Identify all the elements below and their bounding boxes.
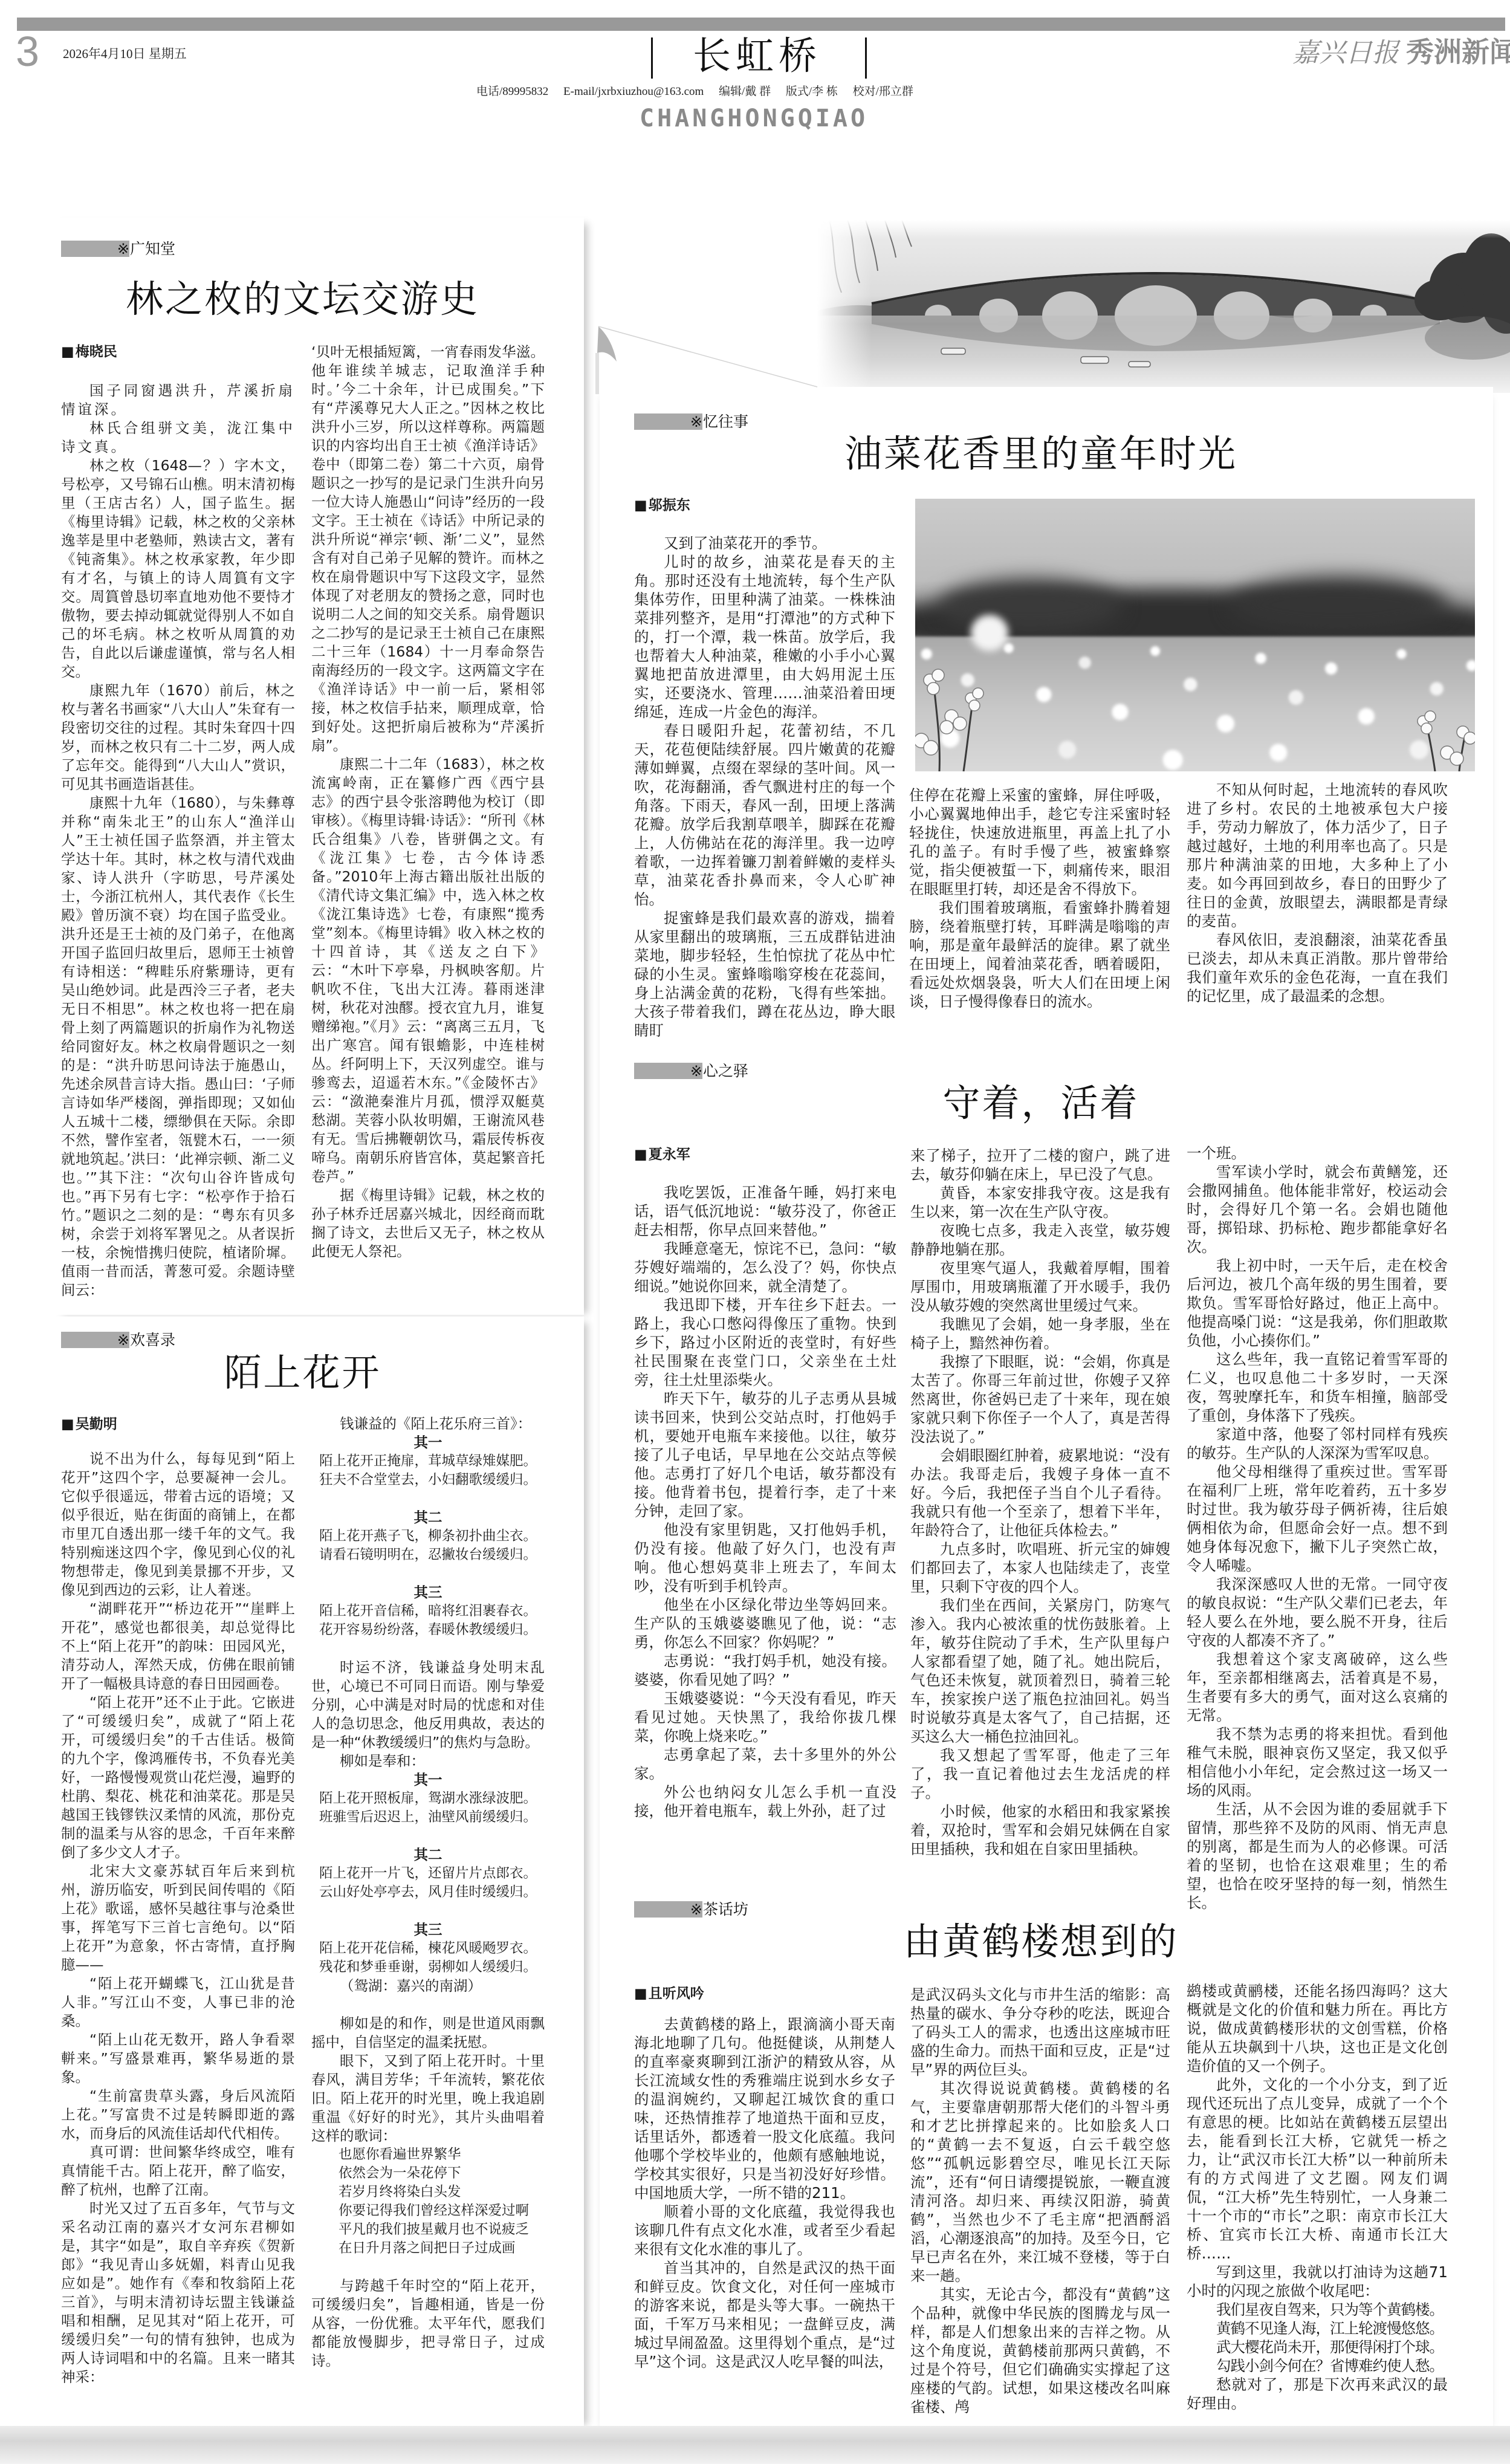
label-box: ※ — [61, 1332, 129, 1348]
paragraph: 与跨越千年时空的“陌上花开，可缓缓归矣”，旨趣相通，皆是一份从容，一份优雅。太平… — [311, 2277, 545, 2370]
paragraph: 来了梯子，拉开了二楼的窗户，跳了进去，敏芬仰躺在床上，早已没了气息。 — [910, 1146, 1170, 1184]
paragraph: 昨天下午，敏芬的儿子志勇从县城读书回来，快到公交站点时，打他妈手机，要她开电瓶车… — [634, 1389, 896, 1520]
paragraph: “陌上花开”还不止于此。它嵌进了“可缓缓归矣”，成就了“陌上花开，可缓缓归矣”的… — [61, 1693, 295, 1862]
paragraph: 柳如是奉和： — [311, 1752, 545, 1771]
paragraph: 时运不济，钱谦益身处明末乱世，心境已不可同日而语。刚与挚爱分别，心中满是对时局的… — [311, 1658, 545, 1752]
text-column: 不知从何时起，土地流转的春风吹进了乡村。农民的土地被承包大户接手，劳动力解放了，… — [1187, 780, 1448, 1005]
header-bar — [17, 18, 1505, 31]
author-byline: ■夏永军 — [634, 1147, 690, 1162]
flower-petals — [915, 669, 1475, 765]
paragraph: 其一 — [311, 1771, 545, 1789]
paragraph: 康熙二十二年（1683），林之枚流寓岭南，正在纂修广西《西宁县志》的西宁县令张溶… — [311, 755, 545, 1186]
page-number: 3 — [16, 30, 39, 73]
paragraph — [311, 1996, 545, 2014]
paragraph: 会娟眼圈红肿着，疲累地说：“没有办法。我哥走后，我嫂子身体一直不好。今后，我把侄… — [910, 1446, 1170, 1540]
paragraph: 我们星夜自驾来，只为等个黄鹤楼。 — [1187, 2300, 1448, 2319]
author-byline: ■且听风吟 — [634, 1986, 704, 2002]
paragraph: 我深深感叹人世的无常。一同守夜的敏良叔说：“生产队父辈们已老去，年轻人要么在外地… — [1187, 1575, 1448, 1650]
author-marker-icon: ■ — [634, 1147, 647, 1162]
paragraph: 北宋大文豪苏轼百年后来到杭州，游历临安，听到民间传唱的《陌上花》歌谣，感怀吴越往… — [61, 1862, 295, 1974]
paragraph: 在日升月落之间把日子过成画 — [311, 2239, 545, 2258]
author-marker-icon: ■ — [634, 498, 647, 513]
text-column: 住停在花瓣上采蜜的蜜蜂，屏住呼吸，小心翼翼地伸出手，趁它专注采蜜时轻轻拢住，快速… — [909, 786, 1170, 1011]
paragraph: 也愿你看遍世界繁华 — [311, 2145, 545, 2164]
paragraph: 我上初中时，一天午后，走在校舍后河边，被几个高年级的男生围着，要欺负。雪军哥恰好… — [1187, 1256, 1448, 1350]
newspaper-page: 3 2026年4月10日 星期五 长虹桥 电话/89995832 E-mail/… — [0, 0, 1510, 2464]
paragraph: 其一 — [311, 1433, 545, 1452]
article-title: 林之枚的文坛交游史 — [61, 277, 544, 321]
paragraph: （鸳湖：嘉兴的南湖） — [311, 1977, 545, 1996]
reference-mark-icon: ※ — [690, 1901, 702, 1918]
author-marker-icon: ■ — [634, 1986, 647, 2002]
section-title-pinyin: CHANGHONGQIAO — [640, 105, 868, 132]
layout-designer: 版式/李 栋 — [786, 85, 838, 98]
paragraph: 我们坐在西间，关紧房门，防寒气渗入。我内心被浓重的忧伤鼓胀着。上年，敏芬住院动了… — [910, 1596, 1170, 1746]
paragraph — [311, 1827, 545, 1846]
author-name: 且听风吟 — [649, 1986, 704, 2002]
column-label: ※ 忆往事 — [634, 413, 748, 430]
reference-mark-icon: ※ — [690, 1063, 702, 1080]
column-label-text: 忆往事 — [703, 413, 748, 430]
paragraph: 陌上花开燕子飞，柳条初扑曲尘衣。 — [311, 1527, 545, 1546]
column-label-text: 心之驿 — [703, 1063, 748, 1079]
newspaper-logo: 嘉兴日报 — [1292, 37, 1399, 68]
author-name: 邬振东 — [649, 498, 690, 513]
author-name: 夏永军 — [649, 1147, 690, 1162]
paragraph: “陌上山花无数开，路人争看翠軿来。”写盛景难再，繁华易逝的景象。 — [61, 2031, 295, 2087]
paragraph: 又到了油菜花开的季节。 — [634, 534, 895, 553]
paragraph: 康熙十九年（1680），与朱彝尊并称“南朱北王”的山东人“渔洋山人”王士祯任国子… — [61, 794, 295, 1300]
photo-fade — [817, 220, 1510, 238]
paragraph: 柳如是的和作，则是世道风雨飘摇中，自信坚定的温柔抚慰。 — [311, 2014, 545, 2052]
paragraph: 春风依旧，麦浪翻滚，油菜花香虽已淡去，却从未真正消散。那片曾带给我们童年欢乐的金… — [1187, 930, 1448, 1005]
flower-stems — [933, 680, 1465, 771]
author-byline: ■吴勤明 — [61, 1416, 117, 1432]
paragraph: 陌上花开正掩扉，茸城草绿雉媒肥。 — [311, 1452, 545, 1471]
paragraph: 黄昏，本家安排我守夜。这是我有生以来，第一次在生产队守夜。 — [910, 1184, 1170, 1221]
paragraph: 林氏合组骈文美，泷江集中诗文真。 — [61, 419, 295, 456]
paragraph: 夜里寒气逼人，我戴着厚帽，围着厚围巾，用玻璃瓶灌了开水暖手，我仍没从敏芬嫂的突然… — [910, 1259, 1170, 1315]
paragraph: 愁就对了，那是下次再来武汉的最好理由。 — [1187, 2375, 1448, 2413]
column-label: ※ 广知堂 — [61, 241, 175, 257]
paragraph: 据《梅里诗辑》记载，林之枚的孙子林乔迁居嘉兴城北，因经商而耽搁了诗文，去世后又无… — [311, 1186, 545, 1261]
paragraph: 我想着这个家支离破碎，这么些年，至亲都相继离去，活着真是不易，生者要有多大的勇气… — [1187, 1650, 1448, 1725]
column-label-text: 茶话坊 — [703, 1901, 748, 1918]
paragraph: 他没有家里钥匙，又打他妈手机，仍没有接。他敲了好久门，也没有声响。他心想妈莫非上… — [634, 1520, 896, 1595]
boats — [941, 348, 1150, 367]
bridge-illustration — [817, 220, 1510, 393]
paragraph: 生活，从不会因为谁的委屈就手下留情，那些猝不及防的风雨、悄无声息的别离，都是生而… — [1187, 1800, 1448, 1912]
paragraph: 真可谓：世间繁华终成空，唯有真情能千古。陌上花开，醉了临安，醉了杭州，也醉了江南… — [61, 2143, 295, 2199]
paragraph: 班骓雪后迟迟上，油壁风前缓缓归。 — [311, 1808, 545, 1827]
paragraph: 他父母相继得了重疾过世。雪军哥在福利厂上班，常年吃着药，五十多岁时过世。我为敏芬… — [1187, 1462, 1448, 1575]
paragraph: 我吃罢饭，正准备午睡，妈打来电话，语气低沉地说：“敏芬没了，你爸正赶去相帮，你早… — [634, 1183, 896, 1239]
text-column: ‘贝叶无根插短篱，一宵春雨发华滋。他年谁续羊城志，记取渔洋手种时。’今二十余年，… — [311, 343, 545, 1261]
paragraph: 去黄鹤楼的路上，跟滴滴小哥天南海北地聊了几句。他挺健谈，从荆楚人的直率豪爽聊到江… — [634, 2015, 895, 2202]
label-box: ※ — [634, 413, 702, 430]
contact-line: 电话/89995832 E-mail/jxrbxiuzhou@163.com 编… — [476, 85, 925, 99]
reference-mark-icon: ※ — [690, 413, 702, 430]
author-marker-icon: ■ — [61, 1416, 74, 1432]
paragraph: 捉蜜蜂是我们最欢喜的游戏，揣着从家里翻出的玻璃瓶，三五成群钻进油菜地，脚步轻轻，… — [634, 909, 895, 1040]
article-title: 守着，活着 — [634, 1081, 1448, 1125]
paragraph: 其二 — [311, 1508, 545, 1527]
paragraph: 花开容易纷纷落，春暖休教缓缓归。 — [311, 1621, 545, 1639]
author-name: 梅晓民 — [76, 344, 117, 360]
paragraph: 他坐在小区绿化带边坐等妈回来。生产队的玉娥婆婆瞧见了他，说：“志勇，你怎么不回家… — [634, 1595, 896, 1652]
column-label: ※ 心之驿 — [634, 1063, 748, 1079]
paragraph: 其实，无论古今，都没有“黄鹤”这个品种，就像中华民族的图腾龙与凤一样，都是人们想… — [910, 2285, 1170, 2416]
paragraph: 一个班。 — [1187, 1144, 1448, 1162]
rapeseed-photo — [915, 499, 1475, 771]
paragraph: 黄鹤不见逢人海，江上轮渡慢悠悠。 — [1187, 2319, 1448, 2338]
text-column: 鹚楼或黄鹂楼，还能名扬四海吗？这大概就是文化的价值和魅力所在。再比方说，做成黄鹤… — [1187, 1982, 1448, 2413]
section-title: 长虹桥 — [693, 35, 821, 77]
paragraph — [311, 1490, 545, 1508]
paragraph: 武大樱花尚未开，那便得闲打个球。 — [1187, 2338, 1448, 2356]
phone: 电话/89995832 — [476, 85, 548, 98]
reference-mark-icon: ※ — [117, 1332, 129, 1349]
email: E-mail/jxrbxiuzhou@163.com — [563, 85, 704, 98]
paragraph: 春日暖阳升起，花蕾初结，不几天，花苞便陆续舒展。四片嫩黄的花瓣薄如蝉翼，点缀在翠… — [634, 721, 895, 909]
paragraph: 平凡的我们披星戴月也不说疲乏 — [311, 2220, 545, 2239]
paragraph: “陌上花开蝴蝶飞，江山犹是昔人非。”写江山不变，人事已非的沧桑。 — [61, 1974, 295, 2031]
edition-name: 秀洲新闻 — [1406, 36, 1510, 68]
paragraph — [311, 1902, 545, 1921]
paragraph: 鹚楼或黄鹂楼，还能名扬四海吗？这大概就是文化的价值和魅力所在。再比方说，做成黄鹤… — [1187, 1982, 1448, 2075]
paragraph: 小时候，他家的水稻田和我家紧挨着，双抢时，雪军和会娟兄妹俩在自家田里插秧，我和姐… — [910, 1802, 1170, 1858]
text-column: 国子同窗遇洪升，芹溪折扇情谊深。林氏合组骈文美，泷江集中诗文真。林之枚（1648… — [61, 381, 295, 1300]
paragraph: 眼下，又到了陌上花开时。十里春风，满目芳华；千年流转，繁花依旧。陌上花开的时光里… — [311, 2052, 545, 2145]
paragraph: 玉娥婆婆说：“今天没有看见，昨天看见过她。天快黑了，我给你拔几棵菜，你晚上烧来吃… — [634, 1689, 896, 1745]
paragraph — [311, 2258, 545, 2277]
label-box: ※ — [634, 1901, 702, 1918]
paragraph: 说不出为什么，每每见到“陌上花开”这四个字，总要凝神一会儿。它似乎很遥远，带着古… — [61, 1450, 295, 1600]
paragraph: 不知从何时起，土地流转的春风吹进了乡村。农民的土地被承包大户接手，劳动力解放了，… — [1187, 780, 1448, 930]
paragraph: 志勇说：“我打妈手机，她没有接。婆婆，你看见她了吗？” — [634, 1652, 896, 1689]
column-label-text: 广知堂 — [130, 241, 175, 257]
paragraph: 云山好处亭亭去，风月佳时缓缓归。 — [311, 1883, 545, 1902]
paragraph: “生前富贵草头露，身后风流陌上花。”写富贵不过是转瞬即逝的露水，而身后的风流佳话… — [61, 2087, 295, 2143]
paragraph: 家道中落，他娶了邻村同样有残疾的敏芬。生产队的人深深为雪军叹息。 — [1187, 1425, 1448, 1462]
author-byline: ■邬振东 — [634, 498, 690, 513]
author-marker-icon: ■ — [61, 344, 74, 360]
title-divider-right — [865, 37, 867, 79]
title-divider-left — [651, 37, 653, 79]
text-column: 我吃罢饭，正准备午睡，妈打来电话，语气低沉地说：“敏芬没了，你爸正赶去相帮，你早… — [634, 1183, 896, 1820]
text-column: 又到了油菜花开的季节。儿时的故乡，油菜花是春天的主角。那时还没有土地流转，每个生… — [634, 534, 895, 1040]
paragraph: 我擦了下眼眶，说：“会娟，你真是太苦了。你哥三年前过世，你嫂子又猝然离世，你爸妈… — [910, 1352, 1170, 1446]
article-title: 由黄鹤楼想到的 — [634, 1920, 1448, 1963]
label-box: ※ — [61, 241, 129, 257]
paragraph: 此外，文化的一个小分支，到了近现代还玩出了点儿变异，成就了一个个有意思的梗。比如… — [1187, 2075, 1448, 2263]
author-name: 吴勤明 — [76, 1416, 117, 1432]
paragraph: 志勇拿起了菜，去十多里外的外公家。 — [634, 1745, 896, 1783]
paragraph: 其次得说说黄鹤楼。黄鹤楼的名气，主要靠唐朝那帮大佬们的斗智斗勇和才艺比拼撑起来的… — [910, 2079, 1170, 2285]
paragraph: 儿时的故乡，油菜花是春天的主角。那时还没有土地流转，每个生产队集体劳作，田里种满… — [634, 553, 895, 721]
column-label-text: 欢喜录 — [130, 1332, 175, 1348]
foreground-flowers — [915, 499, 1475, 771]
paragraph: 其三 — [311, 1583, 545, 1602]
paragraph: 其三 — [311, 1921, 545, 1939]
paragraph: 依然会为一朵花停下 — [311, 2164, 545, 2183]
paragraph: 残花和梦垂垂谢，弱柳如人缓缓归。 — [311, 1958, 545, 1977]
paragraph: 写到这里，我就以打油诗为这趟71小时的闪现之旅做个收尾吧： — [1187, 2263, 1448, 2300]
paragraph: 勾践小剑今何在？省博难约使人愁。 — [1187, 2356, 1448, 2375]
paragraph: 林之枚（1648—？）字木文，号松亭，又号锦石山樵。明末清初梅里（王店古名）人，… — [61, 456, 295, 681]
paragraph: 我不禁为志勇的将来担忧。看到他稚气未脱，眼神哀伤又坚定，我又似乎相信他小小年纪，… — [1187, 1725, 1448, 1800]
bridge-photo — [817, 220, 1510, 393]
paragraph: 请看石镜明明在，忍撇妆台缓缓归。 — [311, 1546, 545, 1564]
paragraph: 康熙九年（1670）前后，林之枚与著名书画家“八大山人”朱耷有一段密切交往的过程… — [61, 681, 295, 794]
text-column: 一个班。雪军读小学时，就会布黄鳝笼，还会撒网捕鱼。他体能非常好，校运动会时，会得… — [1187, 1144, 1448, 1912]
page-bottom-shadow — [0, 2426, 1510, 2464]
label-box: ※ — [634, 1063, 702, 1079]
paragraph: 陌上花开照板扉，鸳湖水涨绿波肥。 — [311, 1789, 545, 1808]
text-column: 说不出为什么，每每见到“陌上花开”这四个字，总要凝神一会儿。它似乎很遥远，带着古… — [61, 1450, 295, 2387]
paragraph: 我睡意毫无，惊诧不已，急问：“敏芬嫂好端端的，怎么没了？妈，你快点细说。”她说你… — [634, 1239, 896, 1295]
paragraph: ‘贝叶无根插短篱，一宵春雨发华滋。他年谁续羊城志，记取渔洋手种时。’今二十余年，… — [311, 343, 545, 755]
paragraph: 国子同窗遇洪升，芹溪折扇情谊深。 — [61, 381, 295, 419]
paragraph: 狂夫不合堂堂去，小妇翻歌缓缓归。 — [311, 1471, 545, 1490]
text-column: 是武汉码头文化与市井生活的缩影：高热量的碳水、争分夺秒的吃法，既迎合了码头工人的… — [910, 1985, 1170, 2416]
paragraph: 其二 — [311, 1846, 545, 1864]
editor: 编辑/戴 群 — [719, 85, 771, 98]
paragraph: 外公也纳闷女儿怎么手机一直没接，他开着电瓶车，载上外孙，赶了过 — [634, 1783, 896, 1820]
paragraph: 时光又过了五百多年，气节与文采名动江南的嘉兴才女河东君柳如是，其字“如是”，取自… — [61, 2199, 295, 2387]
paragraph: 住停在花瓣上采蜜的蜜蜂，屏住呼吸，小心翼翼地伸出手，趁它专注采蜜时轻轻拢住，快速… — [909, 786, 1170, 898]
newspaper-brand: 嘉兴日报秀洲新闻 — [1292, 35, 1510, 76]
paragraph: 我们围着玻璃瓶，看蜜蜂扑腾着翅膀，绕着瓶壁打转，耳畔满是嗡嗡的声响，那是童年最鲜… — [909, 898, 1170, 1011]
paragraph: 我瞧见了会娟，她一身孝服，坐在椅子上，黯然神伤着。 — [910, 1315, 1170, 1352]
paragraph: 是武汉码头文化与市井生活的缩影：高热量的碳水、争分夺秒的吃法，既迎合了码头工人的… — [910, 1985, 1170, 2079]
paragraph: “湖畔花开”“桥边花开”“崖畔上开花”，感觉也都很美，却总觉得比不上“陌上花开”… — [61, 1600, 295, 1693]
paragraph: 陌上花开一片飞，还留片片点郎衣。 — [311, 1864, 545, 1883]
text-column: 来了梯子，拉开了二楼的窗户，跳了进去，敏芬仰躺在床上，早已没了气息。黄昏，本家安… — [910, 1146, 1170, 1858]
paragraph: 首当其冲的，自然是武汉的热干面和鲜豆皮。饮食文化，对任何一座城市的游客来说，都是… — [634, 2258, 895, 2371]
column-label: ※ 茶话坊 — [634, 1901, 748, 1918]
reference-mark-icon: ※ — [117, 241, 129, 258]
paragraph: 我又想起了雪军哥，他走了三年了，我一直记着他过去生龙活虎的样子。 — [910, 1746, 1170, 1802]
paragraph: 你要记得我们曾经这样深爱过啊 — [311, 2202, 545, 2220]
paragraph: 若岁月终将染白头发 — [311, 2183, 545, 2202]
paragraph: 夜晚七点多，我走入丧堂，敏芬嫂静静地躺在那。 — [910, 1221, 1170, 1259]
paragraph: 这么些年，我一直铭记着雪军哥的仁义，也叹息他二十多岁时，一天深夜，驾驶摩托车，和… — [1187, 1350, 1448, 1425]
paragraph: 陌上花开花信稀，楝花风暖飏罗衣。 — [311, 1939, 545, 1958]
paragraph — [311, 1564, 545, 1583]
paragraph: 九点多时，吹唱班、折元宝的婶嫂们都回去了，本家人也陆续走了，丧堂里，只剩下守夜的… — [910, 1540, 1170, 1596]
proofreader: 校对/邢立群 — [853, 85, 913, 98]
text-column: 去黄鹤楼的路上，跟滴滴小哥天南海北地聊了几句。他挺健谈，从荆楚人的直率豪爽聊到江… — [634, 2015, 895, 2371]
issue-date: 2026年4月10日 星期五 — [63, 47, 187, 60]
paragraph: 陌上花开音信稀，暗将红泪裹春衣。 — [311, 1602, 545, 1621]
sheet-corner — [598, 326, 817, 394]
page-curl — [580, 314, 834, 394]
paragraph: 我迅即下楼，开车往乡下赶去。一路上，我心口憋闷得像压了重物。快到乡下，路过小区附… — [634, 1295, 896, 1389]
paragraph — [311, 1639, 545, 1658]
article-title: 陌上花开 — [61, 1351, 544, 1395]
author-byline: ■梅晓民 — [61, 344, 117, 360]
text-column: 钱谦益的《陌上花乐府三首》：其一陌上花开正掩扉，茸城草绿雉媒肥。狂夫不合堂堂去，… — [311, 1415, 545, 2370]
paragraph: 顺着小哥的文化底蕴，我觉得我也该聊几件有点文化水准，或者至少看起来很有文化水准的… — [634, 2202, 895, 2258]
paragraph: 雪军读小学时，就会布黄鳝笼，还会撒网捕鱼。他体能非常好，校运动会时，会得好几个第… — [1187, 1162, 1448, 1256]
article-title: 油菜花香里的童年时光 — [634, 432, 1448, 476]
column-label: ※ 欢喜录 — [61, 1332, 175, 1348]
paragraph: 钱谦益的《陌上花乐府三首》： — [311, 1415, 545, 1433]
